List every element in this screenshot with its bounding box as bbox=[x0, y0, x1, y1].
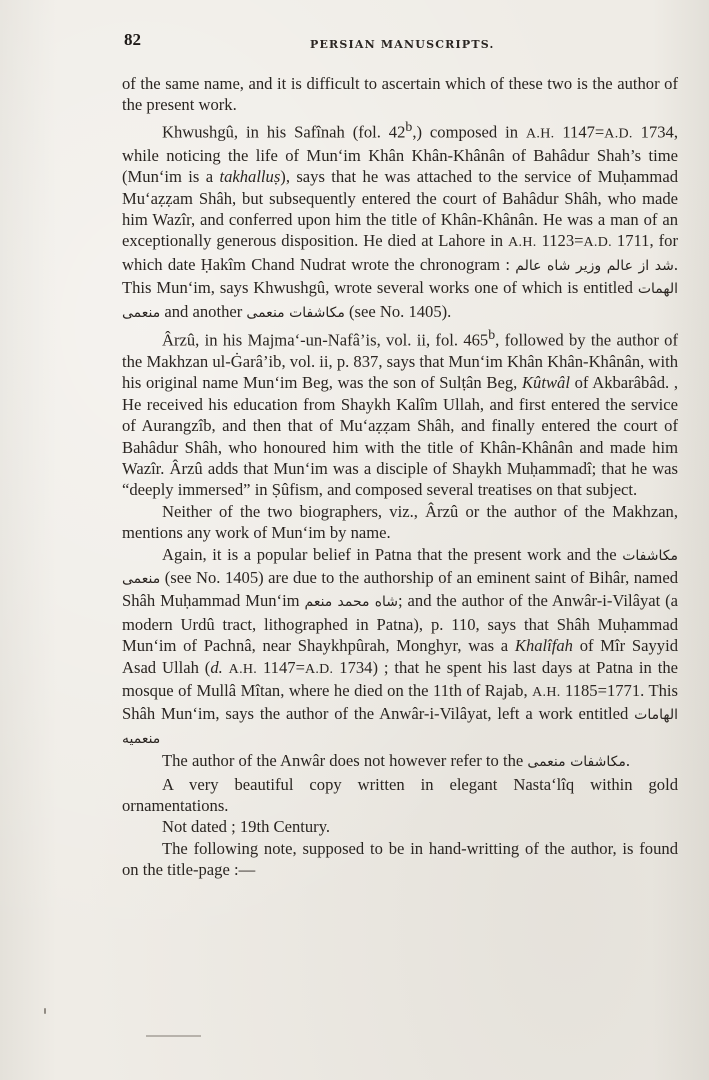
paragraph-khwushgu: Khwushgû, in his Safînah (fol. 42b,) com… bbox=[122, 116, 678, 324]
paragraph-date: Not dated ; 19th Century. bbox=[122, 816, 678, 837]
era-abbrev: A.H. bbox=[508, 235, 536, 250]
text-segment: The following note, supposed to be in ha… bbox=[122, 839, 678, 879]
paragraph-patna-belief: Again, it is a popular belief in Patna t… bbox=[122, 544, 678, 751]
text-segment: The author of the Anwâr does not however… bbox=[162, 751, 527, 770]
era-abbrev: A.H. bbox=[229, 662, 257, 677]
paragraph-arzu: Ârzû, in his Majma‘-un-Nafâ’is, vol. ii,… bbox=[122, 324, 678, 501]
text-segment: (see No. 1405). bbox=[345, 302, 451, 321]
ink-smudge bbox=[146, 1035, 201, 1037]
text-segment: 1147= bbox=[257, 658, 305, 677]
arabic-chronogram: شد از عالم وزیر شاه عالم bbox=[515, 258, 674, 274]
running-title: PERSIAN MANUSCRIPTS. bbox=[310, 38, 495, 51]
paragraph-continuation: of the same name, and it is difficult to… bbox=[122, 73, 678, 116]
arabic-name: شاه محمد منعم bbox=[305, 594, 399, 610]
era-abbrev: A.D. bbox=[305, 662, 333, 677]
arabic-title: مکاشفات منعمی bbox=[246, 305, 344, 321]
page-number: 82 bbox=[124, 30, 141, 50]
era-abbrev: A.D. bbox=[604, 126, 632, 141]
paper-speck bbox=[44, 1008, 46, 1014]
text-segment: 1147= bbox=[554, 122, 604, 141]
running-head: 82 PERSIAN MANUSCRIPTS. bbox=[124, 30, 684, 54]
era-abbrev: A.D. bbox=[583, 235, 611, 250]
text-segment: Khwushgû bbox=[162, 122, 234, 141]
text-segment: Again, it is a popular belief in Patna t… bbox=[162, 545, 622, 564]
text-segment: A very beautiful copy written in elegant… bbox=[122, 775, 678, 815]
text-segment: of the same name, and it is difficult to… bbox=[122, 74, 678, 114]
body-text: of the same name, and it is difficult to… bbox=[122, 73, 678, 881]
paragraph-copy-description: A very beautiful copy written in elegant… bbox=[122, 774, 678, 817]
text-segment: 1123= bbox=[537, 231, 584, 250]
era-abbrev: A.H. bbox=[532, 685, 560, 700]
paragraph-biographers: Neither of the two biographers, viz., Âr… bbox=[122, 501, 678, 544]
text-segment: ,) composed in bbox=[412, 122, 526, 141]
text-segment: Neither of the two biographers, viz., Âr… bbox=[122, 502, 678, 542]
italic-term: Kûtwâl bbox=[522, 373, 570, 392]
arabic-title: مکاشفات منعمی bbox=[527, 754, 625, 770]
book-page: 82 PERSIAN MANUSCRIPTS. of the same name… bbox=[0, 0, 709, 1080]
text-segment: , in his Safînah (fol. 42 bbox=[234, 122, 405, 141]
era-abbrev: A.H. bbox=[526, 126, 554, 141]
paragraph-note-intro: The following note, supposed to be in ha… bbox=[122, 838, 678, 881]
paragraph-anwar: The author of the Anwâr does not however… bbox=[122, 750, 678, 773]
italic-term: d. bbox=[210, 658, 222, 677]
text-segment: Not dated ; 19th Century. bbox=[162, 817, 330, 836]
italic-term: takhalluṣ bbox=[219, 167, 280, 186]
text-segment: and another bbox=[160, 302, 246, 321]
text-segment: Ârzû, in his Majma‘-un-Nafâ’is, vol. ii,… bbox=[162, 331, 488, 350]
text-segment: . bbox=[626, 751, 630, 770]
italic-term: Khalîfah bbox=[515, 636, 573, 655]
